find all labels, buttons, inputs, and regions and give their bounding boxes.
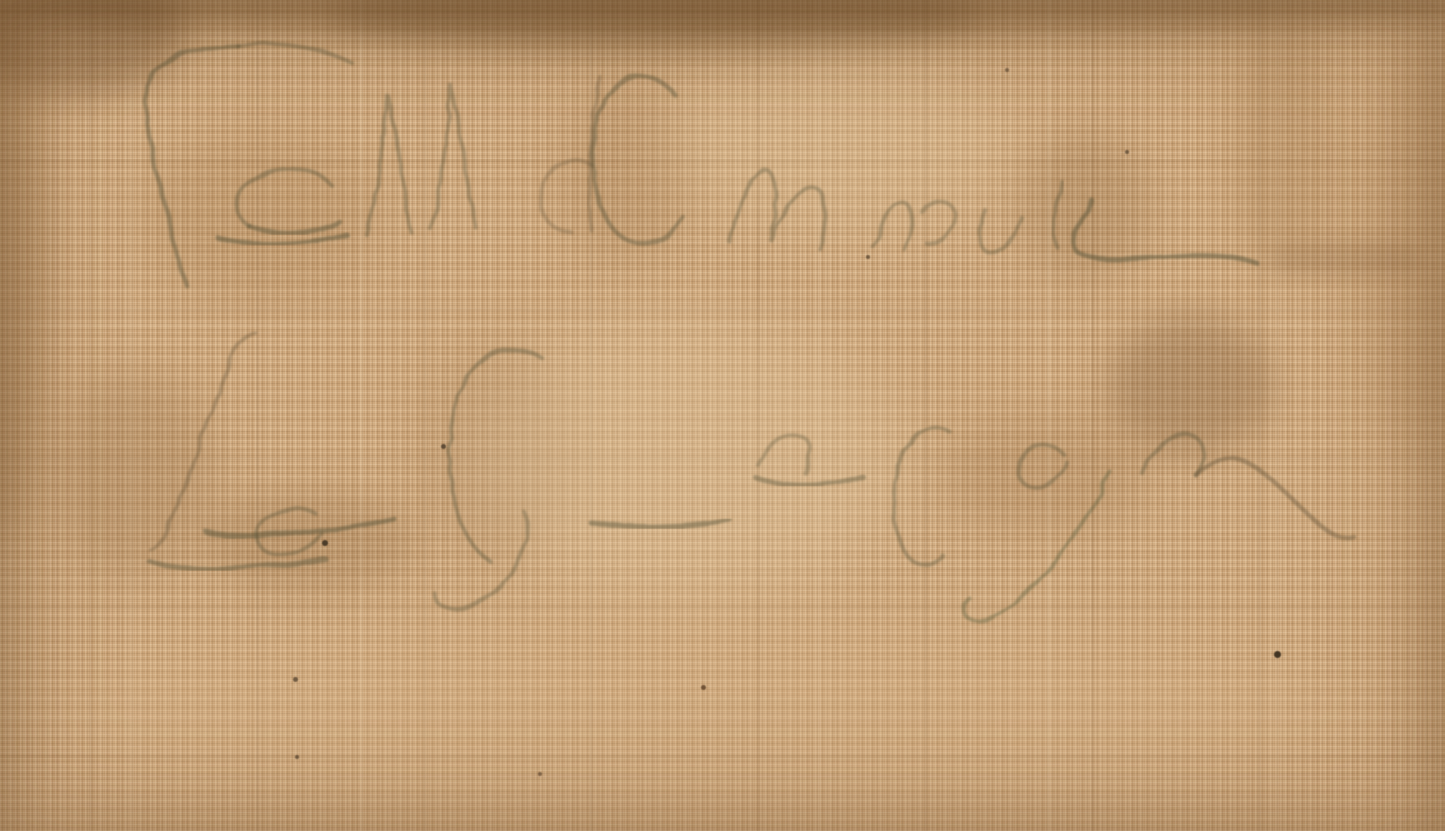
photo-vignette: [0, 0, 1445, 831]
canvas-verso-photo: Valldeneu La Gorge: [0, 0, 1445, 831]
